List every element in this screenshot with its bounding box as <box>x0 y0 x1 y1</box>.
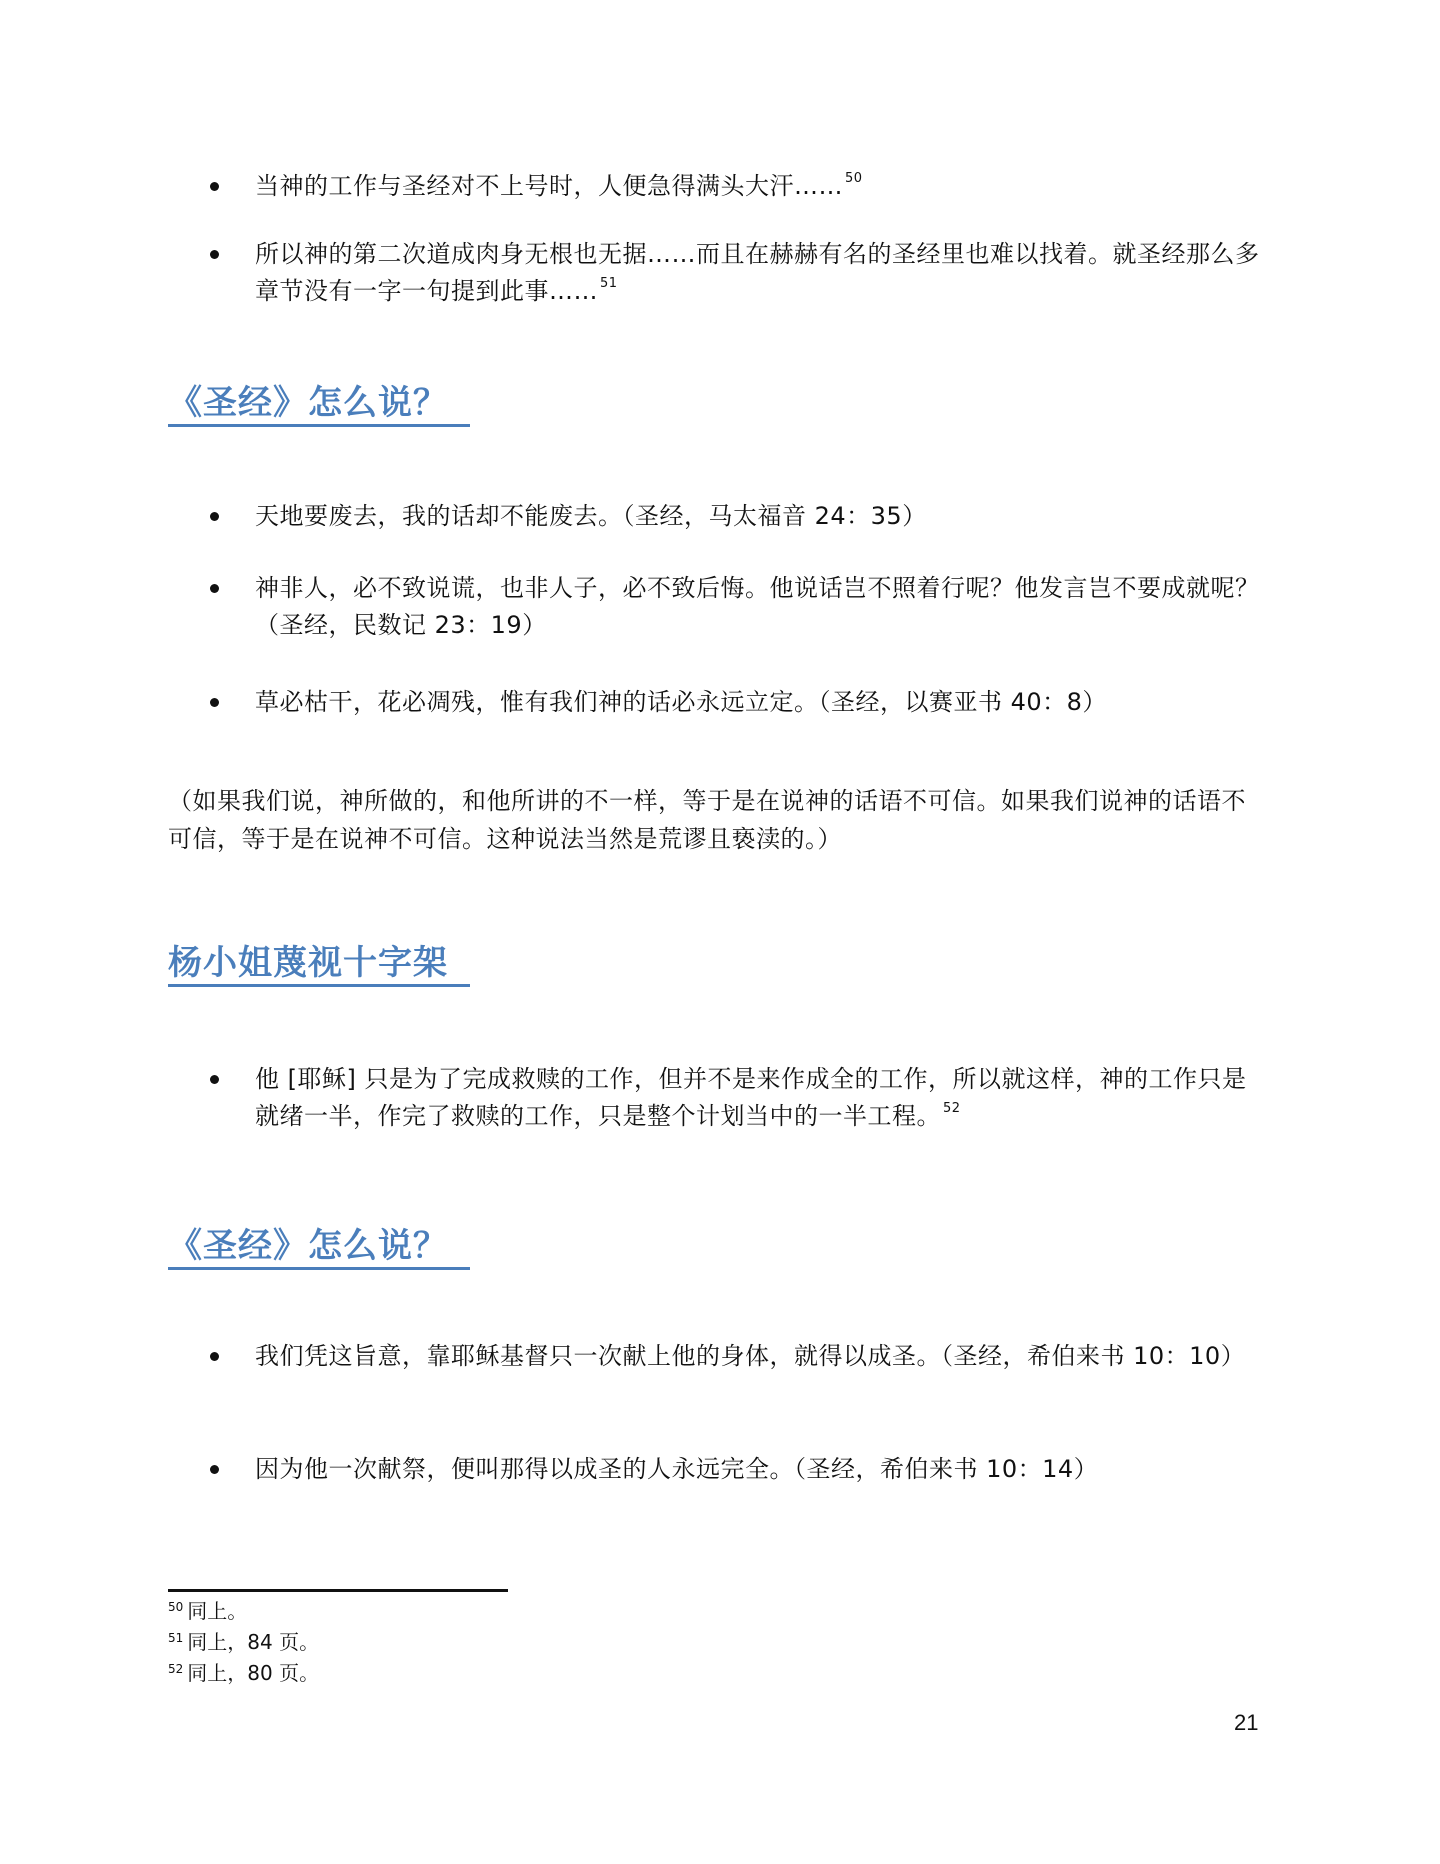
footnote-number: 50 <box>168 1600 183 1614</box>
footnote-number: 51 <box>168 1631 183 1645</box>
section-heading[interactable]: 《圣经》怎么说？ <box>168 1226 470 1270</box>
bullet-icon <box>210 250 219 259</box>
footnote-number: 52 <box>168 1662 183 1676</box>
footnote: 51同上，84 页。 <box>168 1627 768 1658</box>
list-item: 因为他一次献祭，便叫那得以成圣的人永远完全。（圣经，希伯来书 10：14） <box>200 1451 1270 1488</box>
footnote-ref[interactable]: 52 <box>943 1101 961 1116</box>
document-page: 当神的工作与圣经对不上号时，人便急得满头大汗……50 所以神的第二次道成肉身无根… <box>0 0 1440 1864</box>
bullet-icon <box>210 182 219 191</box>
list-item: 神非人，必不致说谎，也非人子，必不致后悔。他说话岂不照着行呢？他发言岂不要成就呢… <box>200 570 1270 644</box>
footnote-separator <box>168 1589 508 1592</box>
bullet-icon <box>210 1075 219 1084</box>
list-item-text: 草必枯干，花必凋残，惟有我们神的话必永远立定。（圣经，以赛亚书 40：8） <box>255 684 1265 721</box>
list-item: 草必枯干，花必凋残，惟有我们神的话必永远立定。（圣经，以赛亚书 40：8） <box>200 684 1270 721</box>
section-heading[interactable]: 《圣经》怎么说？ <box>168 383 470 427</box>
footnote: 50同上。 <box>168 1596 768 1627</box>
footnote-ref[interactable]: 50 <box>845 171 863 186</box>
commentary-paragraph: （如果我们说，神所做的，和他所讲的不一样，等于是在说神的话语不可信。如果我们说神… <box>168 782 1268 858</box>
bullet-icon <box>210 584 219 593</box>
list-item: 天地要废去，我的话却不能废去。（圣经，马太福音 24：35） <box>200 498 1270 535</box>
section-heading[interactable]: 杨小姐蔑视十字架 <box>168 943 470 987</box>
footnote-text: 同上，84 页。 <box>187 1630 319 1654</box>
list-item-text: 因为他一次献祭，便叫那得以成圣的人永远完全。（圣经，希伯来书 10：14） <box>255 1451 1265 1488</box>
list-item-text: 所以神的第二次道成肉身无根也无据……而且在赫赫有名的圣经里也难以找着。就圣经那么… <box>255 240 1260 305</box>
list-item-text: 当神的工作与圣经对不上号时，人便急得满头大汗…… <box>255 172 843 200</box>
footnotes: 50同上。 51同上，84 页。 52同上，80 页。 <box>168 1596 768 1689</box>
list-item-text: 神非人，必不致说谎，也非人子，必不致后悔。他说话岂不照着行呢？他发言岂不要成就呢… <box>255 570 1265 644</box>
footnote-text: 同上，80 页。 <box>187 1661 319 1685</box>
list-item: 所以神的第二次道成肉身无根也无据……而且在赫赫有名的圣经里也难以找着。就圣经那么… <box>200 236 1270 310</box>
bullet-icon <box>210 698 219 707</box>
list-item: 当神的工作与圣经对不上号时，人便急得满头大汗……50 <box>200 168 1270 205</box>
list-item: 他 [耶稣] 只是为了完成救赎的工作，但并不是来作成全的工作，所以就这样，神的工… <box>200 1061 1270 1135</box>
list-item-text: 天地要废去，我的话却不能废去。（圣经，马太福音 24：35） <box>255 498 1265 535</box>
bullet-icon <box>210 1352 219 1361</box>
list-item-text: 他 [耶稣] 只是为了完成救赎的工作，但并不是来作成全的工作，所以就这样，神的工… <box>255 1065 1246 1130</box>
bullet-icon <box>210 512 219 521</box>
page-number: 21 <box>1234 1710 1258 1736</box>
bullet-icon <box>210 1465 219 1474</box>
list-item-text: 我们凭这旨意，靠耶稣基督只一次献上他的身体，就得以成圣。（圣经，希伯来书 10：… <box>255 1338 1265 1375</box>
footnote: 52同上，80 页。 <box>168 1658 768 1689</box>
list-item: 我们凭这旨意，靠耶稣基督只一次献上他的身体，就得以成圣。（圣经，希伯来书 10：… <box>200 1338 1270 1375</box>
footnote-text: 同上。 <box>187 1599 247 1623</box>
footnote-ref[interactable]: 51 <box>600 276 618 291</box>
